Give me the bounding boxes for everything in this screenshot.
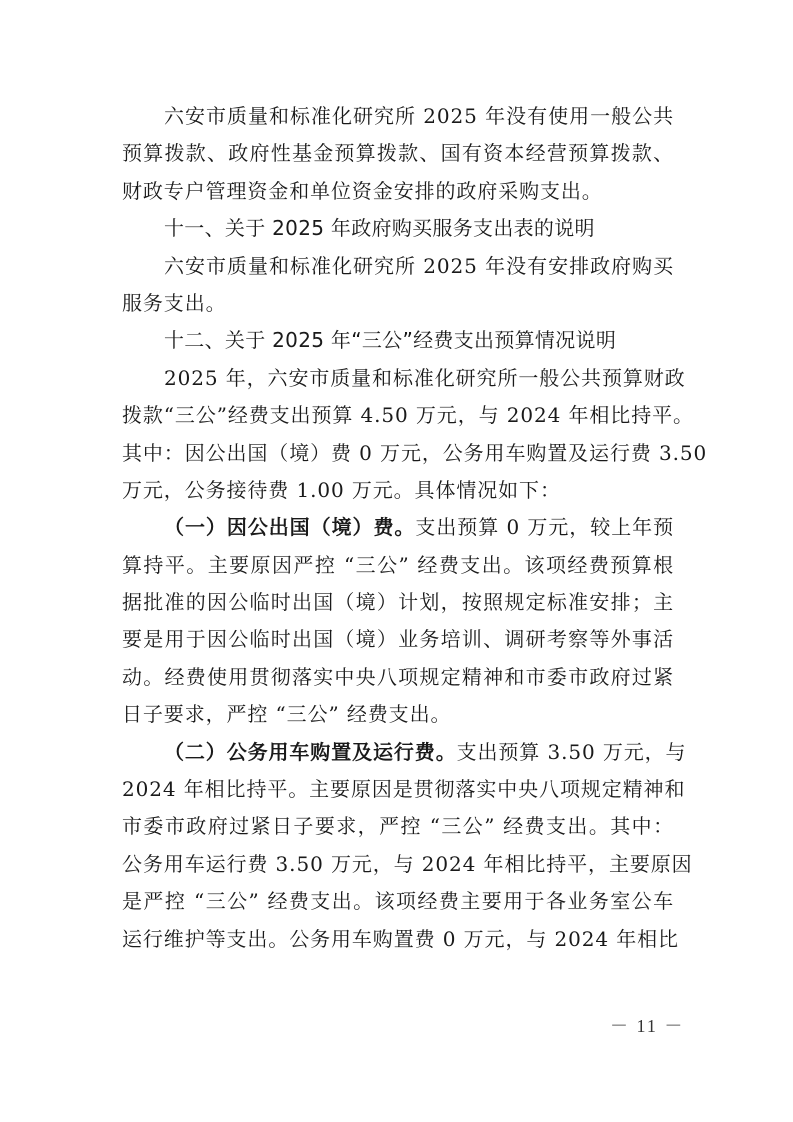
paragraph-line: 日子要求，严控 “三公” 经费支出。: [122, 696, 674, 733]
paragraph-line: 财政专户管理资金和单位资金安排的政府采购支出。: [122, 173, 674, 210]
page-number: － 11 －: [610, 1012, 684, 1038]
paragraph-line: 要是用于因公临时出国（境）业务培训、调研考察等外事活: [122, 621, 674, 658]
subsection-title-vehicle: （二）公务用车购置及运行费。: [164, 740, 457, 764]
paragraph-line: 公务用车运行费 3.50 万元，与 2024 年相比持平，主要原因: [122, 846, 674, 883]
section-heading-12: 十二、关于 2025 年“三公”经费支出预算情况说明: [122, 322, 674, 359]
paragraph-line: 2024 年相比持平。主要原因是贯彻落实中央八项规定精神和: [122, 771, 674, 808]
paragraph-line: 动。经费使用贯彻落实中央八项规定精神和市委市政府过紧: [122, 659, 674, 696]
paragraph-line: 2025 年，六安市质量和标准化研究所一般公共预算财政: [122, 360, 674, 397]
paragraph-line: 预算拨款、政府性基金预算拨款、国有资本经营预算拨款、: [122, 135, 674, 172]
paragraph-line: 运行维护等支出。公务用车购置费 0 万元，与 2024 年相比: [122, 921, 674, 958]
subsection-text: 支出预算 3.50 万元，与: [457, 740, 687, 764]
paragraph-line: 是严控 “三公” 经费支出。该项经费主要用于各业务室公车: [122, 883, 674, 920]
document-body: 六安市质量和标准化研究所 2025 年没有使用一般公共 预算拨款、政府性基金预算…: [122, 98, 674, 958]
section-heading-11: 十一、关于 2025 年政府购买服务支出表的说明: [122, 210, 674, 247]
subsection-line-travel: （一）因公出国（境）费。支出预算 0 万元，较上年预: [122, 509, 674, 546]
paragraph-line: 据批准的因公临时出国（境）计划，按照规定标准安排；主: [122, 584, 674, 621]
paragraph-line: 服务支出。: [122, 285, 674, 322]
subsection-line-vehicle: （二）公务用车购置及运行费。支出预算 3.50 万元，与: [122, 734, 674, 771]
subsection-title-travel: （一）因公出国（境）费。: [164, 515, 415, 539]
paragraph-line: 其中：因公出国（境）费 0 万元，公务用车购置及运行费 3.50: [122, 435, 674, 472]
paragraph-line: 万元，公务接待费 1.00 万元。具体情况如下：: [122, 472, 674, 509]
paragraph-line: 市委市政府过紧日子要求，严控 “三公” 经费支出。其中：: [122, 808, 674, 845]
subsection-text: 支出预算 0 万元，较上年预: [415, 515, 674, 539]
paragraph-line: 六安市质量和标准化研究所 2025 年没有安排政府购买: [122, 248, 674, 285]
paragraph-line: 六安市质量和标准化研究所 2025 年没有使用一般公共: [122, 98, 674, 135]
paragraph-line: 拨款“三公”经费支出预算 4.50 万元，与 2024 年相比持平。: [122, 397, 674, 434]
paragraph-line: 算持平。主要原因严控 “三公” 经费支出。该项经费预算根: [122, 547, 674, 584]
